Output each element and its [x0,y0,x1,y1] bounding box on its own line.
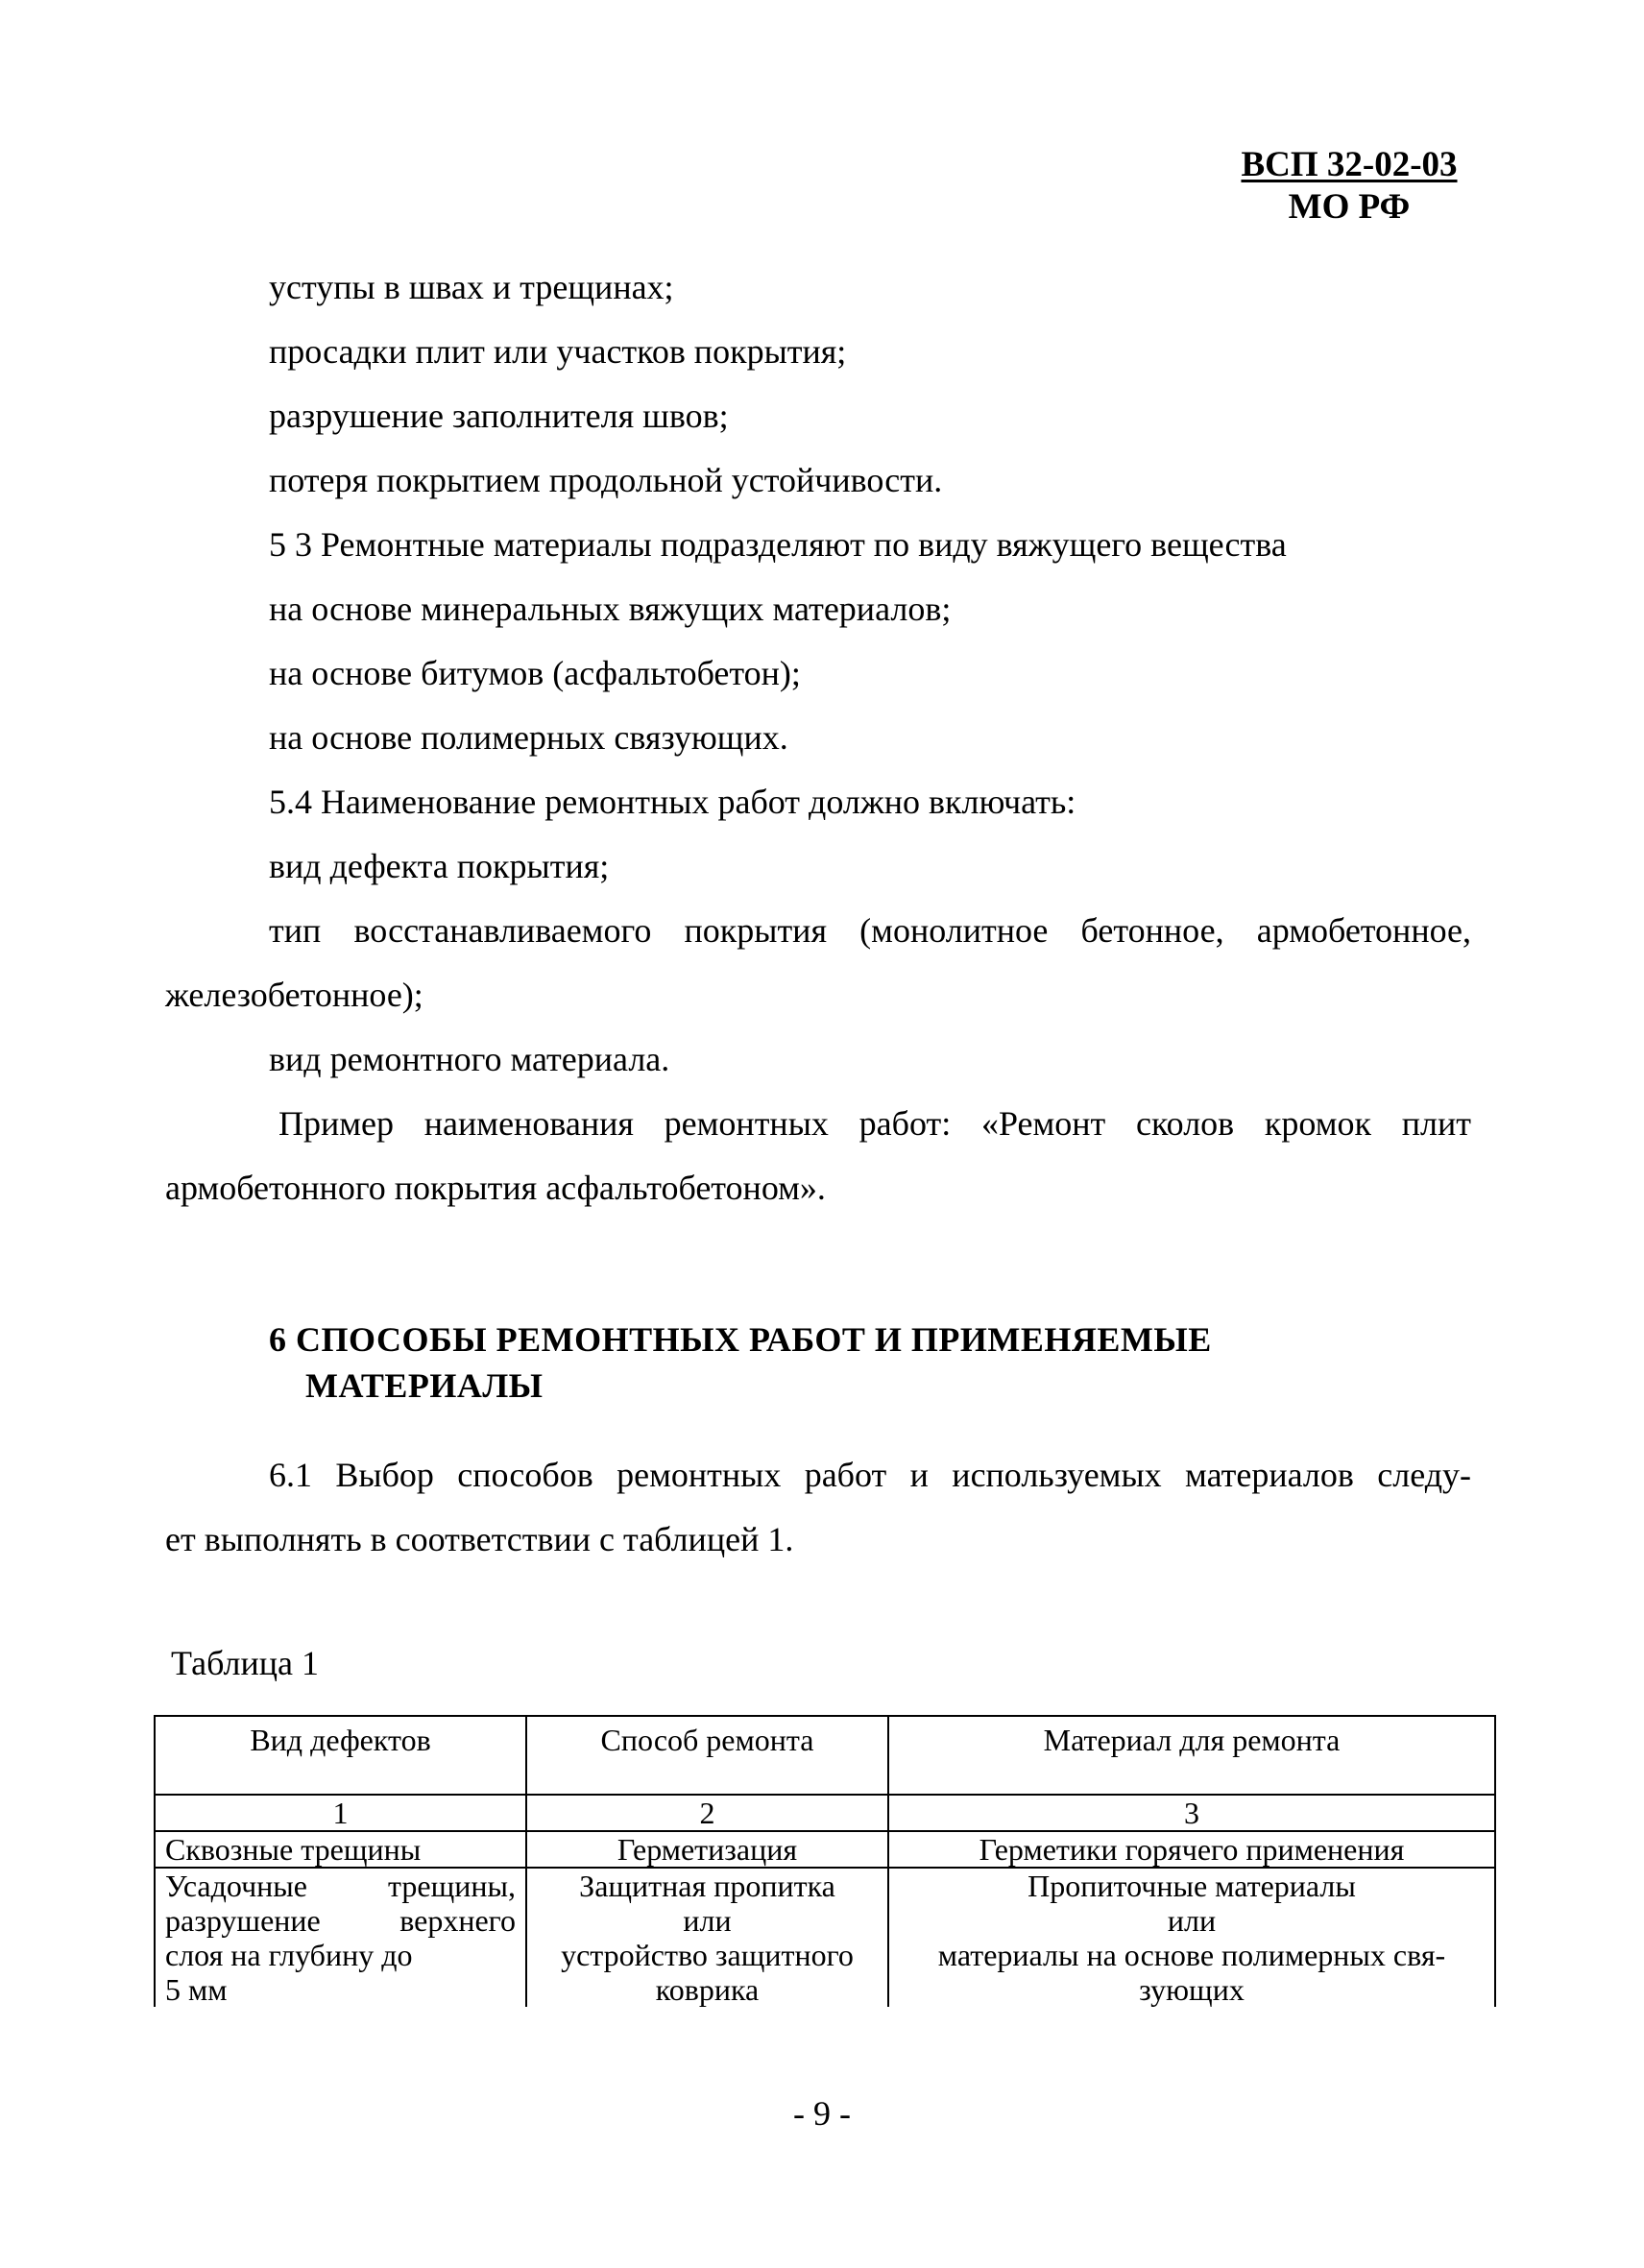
table-caption: Таблица 1 [171,1642,319,1684]
table-header-row: Вид дефектов Способ ремонта Материал для… [155,1716,1495,1795]
paragraph-6-1: 6.1 Выбор способов ремонтных работ и исп… [269,1454,1471,1496]
cell-method: Герметизация [526,1831,888,1868]
column-header-method: Способ ремонта [526,1716,888,1795]
column-header-material: Материал для ремонта [888,1716,1495,1795]
column-header-defects: Вид дефектов [155,1716,526,1795]
example-paragraph: Пример наименования ремонтных работ: «Ре… [278,1102,1471,1145]
cell-method: Защитная пропитка или устройство защитно… [526,1868,888,2007]
document-organization: МО РФ [1191,186,1508,229]
column-number: 2 [526,1795,888,1831]
list-item: потеря покрытием продольной устойчивости… [269,459,942,501]
cell-material: Герметики горячего применения [888,1831,1495,1868]
list-item: на основе битумов (асфальтобетон); [269,652,801,694]
list-item: вид дефекта покрытия; [269,845,609,887]
list-item: на основе минеральных вяжущих материалов… [269,588,951,630]
paragraph-5-3: 5 3 Ремонтные материалы подразделяют по … [269,523,1287,566]
list-item: вид ремонтного материала. [269,1038,669,1080]
section-6-heading: 6 СПОСОБЫ РЕМОНТНЫХ РАБОТ И ПРИМЕНЯЕМЫЕ [269,1317,1212,1362]
page-number: - 9 - [0,2093,1644,2134]
document-header: ВСП 32-02-03 МО РФ [1191,144,1508,229]
cell-material: Пропиточные материалы или материалы на о… [888,1868,1495,2007]
cell-defect: Усадочные трещины, разрушение верхнего с… [155,1868,526,2007]
list-item: разрушение заполнителя швов; [269,395,729,437]
list-item: тип восстанавливаемого покрытия (монолит… [269,909,1471,952]
list-item-continuation: железобетонное); [165,974,423,1016]
table-1: Вид дефектов Способ ремонта Материал для… [154,1715,1496,2007]
table-row: Сквозные трещины Герметизация Герметики … [155,1831,1495,1868]
column-number: 3 [888,1795,1495,1831]
cell-defect: Сквозные трещины [155,1831,526,1868]
list-item: на основе полимерных связующих. [269,716,788,759]
paragraph-5-4: 5.4 Наименование ремонтных работ должно … [269,781,1076,823]
paragraph-6-1-continuation: ет выполнять в соответствии с таблицей 1… [165,1518,793,1560]
list-item: просадки плит или участков покрытия; [269,330,846,373]
table-row: Усадочные трещины, разрушение верхнего с… [155,1868,1495,2007]
document-code: ВСП 32-02-03 [1191,144,1508,186]
example-paragraph-continuation: армобетонного покрытия асфальтобетоном». [165,1167,826,1209]
column-number-row: 1 2 3 [155,1795,1495,1831]
list-item: уступы в швах и трещинах; [269,266,674,308]
section-6-heading-continuation: МАТЕРИАЛЫ [305,1363,544,1408]
column-number: 1 [155,1795,526,1831]
